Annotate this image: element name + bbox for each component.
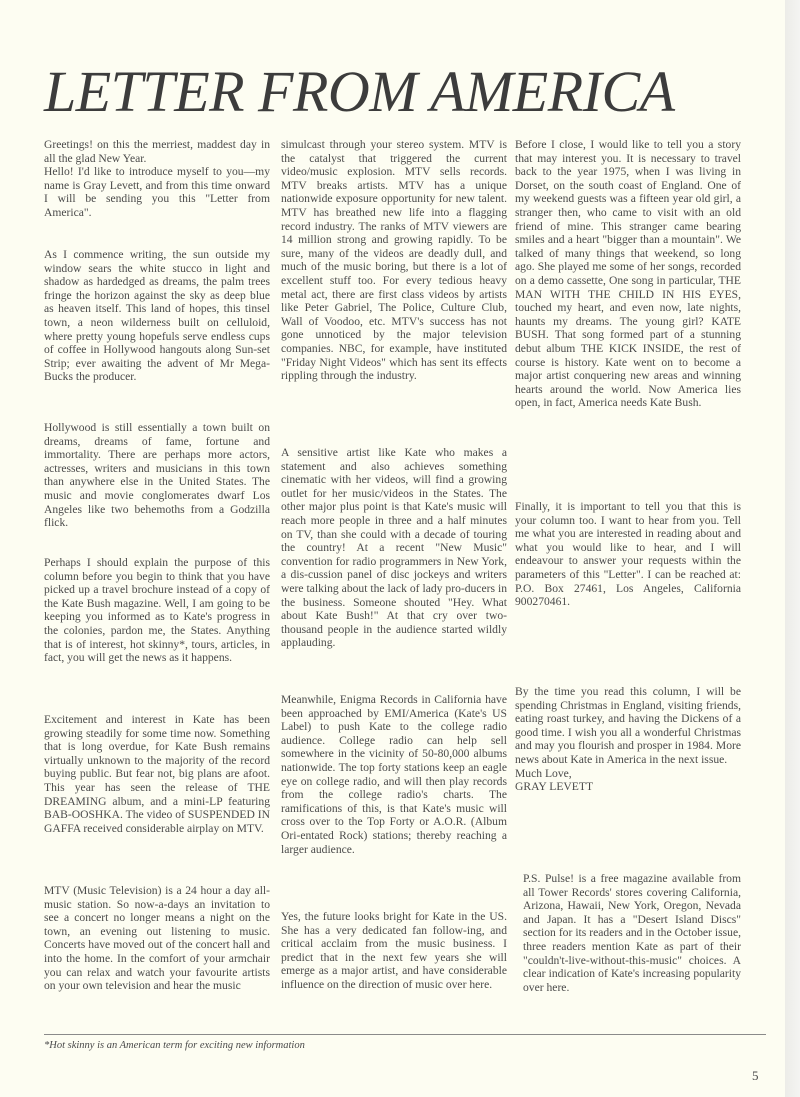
closing-section: By the time you read this column, I will… xyxy=(515,685,741,794)
footnote: *Hot skinny is an American term for exci… xyxy=(44,1040,305,1051)
page-edge xyxy=(785,0,800,1097)
paragraph-column-purpose: Perhaps I should explain the purpose of … xyxy=(44,556,270,665)
column-3: Before I close, I would like to tell you… xyxy=(515,138,741,1038)
paragraph-introduction: Hello! I'd like to introduce myself to y… xyxy=(44,165,270,219)
signoff-name: GRAY LEVETT xyxy=(515,780,741,794)
page-title: LETTER FROM AMERICA xyxy=(44,62,744,122)
paragraph-hollywood-dreams: Hollywood is still essentially a town bu… xyxy=(44,421,270,530)
paragraph-mtv-catalyst: simulcast through your stereo system. MT… xyxy=(281,138,507,383)
page-number: 5 xyxy=(752,1068,759,1084)
paragraph-christmas: By the time you read this column, I will… xyxy=(515,685,741,767)
paragraph-hollywood-scene: As I commence writing, the sun outside m… xyxy=(44,248,270,384)
paragraph-ps-pulse: P.S. Pulse! is a free magazine available… xyxy=(523,872,741,994)
paragraph-excitement: Excitement and interest in Kate has been… xyxy=(44,713,270,835)
paragraph-greetings: Greetings! on this the merriest, maddest… xyxy=(44,138,270,165)
column-1: Greetings! on this the merriest, maddest… xyxy=(44,138,270,1038)
column-2: simulcast through your stereo system. MT… xyxy=(281,138,507,1038)
footnote-divider xyxy=(44,1034,766,1035)
signoff-closing: Much Love, xyxy=(515,767,741,781)
paragraph-your-column: Finally, it is important to tell you tha… xyxy=(515,500,741,609)
paragraph-enigma-records: Meanwhile, Enigma Records in California … xyxy=(281,693,507,856)
paragraph-sensitive-artist: A sensitive artist like Kate who makes a… xyxy=(281,446,507,650)
magazine-page: LETTER FROM AMERICA Greetings! on this t… xyxy=(0,0,785,1097)
paragraph-story-1975: Before I close, I would like to tell you… xyxy=(515,138,741,410)
paragraph-future: Yes, the future looks bright for Kate in… xyxy=(281,910,507,992)
paragraph-mtv-intro: MTV (Music Television) is a 24 hour a da… xyxy=(44,884,270,993)
